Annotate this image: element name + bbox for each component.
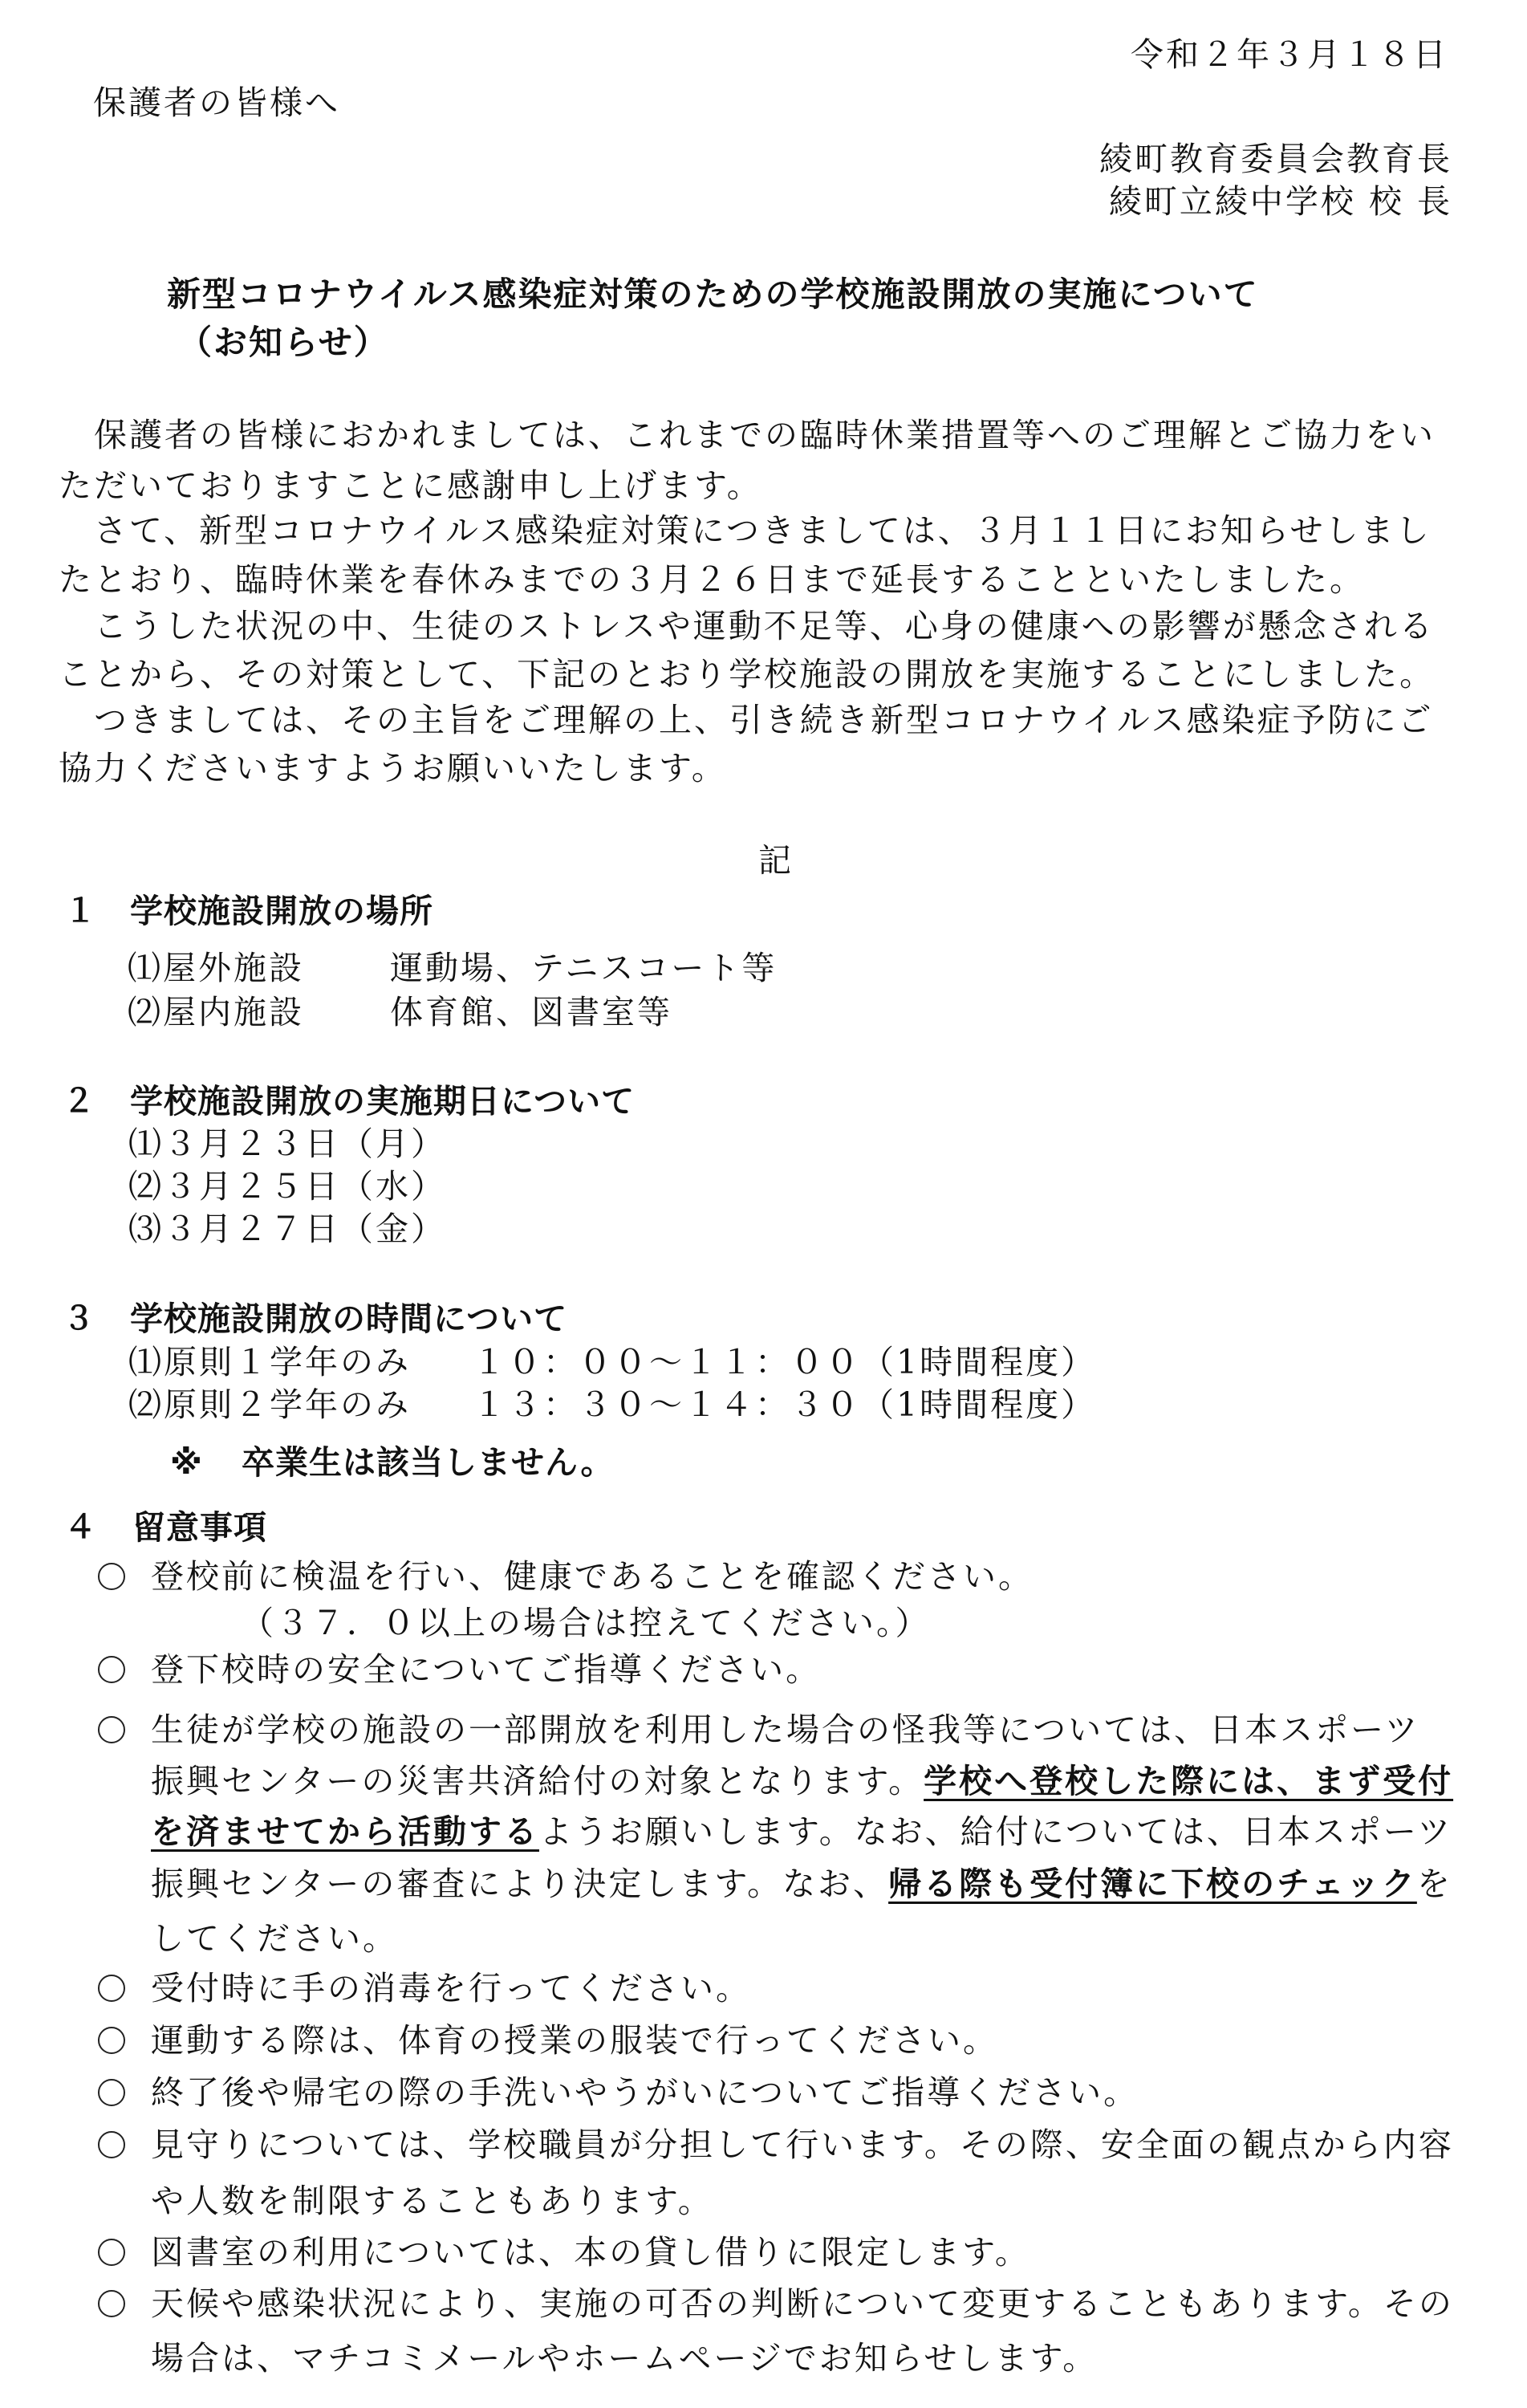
- facility-label: ⑵屋内施設: [128, 996, 304, 1029]
- text-segment: 登下校時の安全についてご指導ください。: [151, 1650, 821, 1689]
- section-heading: 留意事項: [132, 1511, 267, 1544]
- text-segment: や人数を制限することもあります。: [151, 2182, 713, 2220]
- section-number: ４: [64, 1511, 96, 1544]
- notice-document: 令和２年３月１８日 保護者の皆様へ 綾町教育委員会教育長 綾町立綾中学校 校 長…: [0, 0, 1527, 2408]
- text-segment: 生徒が学校の施設の一部開放を利用した場合の怪我等については、日本スポーツ: [151, 1710, 1420, 1749]
- circle-bullet-icon: [98, 2239, 125, 2266]
- body-line: ことから、その対策として、下記のとおり学校施設の開放を実施することにしました。: [59, 658, 1435, 691]
- date-item: ⑶３月２７日（金）: [128, 1213, 446, 1246]
- caution-item-line: 振興センターの審査により決定します。なお、帰る際も受付簿に下校のチェックを: [151, 1868, 1452, 1901]
- caution-item-line: 登下校時の安全についてご指導ください。: [151, 1653, 821, 1686]
- text-segment: 図書室の利用については、本の貸し借りに限定します。: [151, 2233, 1030, 2272]
- sender-principal: 綾町立綾中学校 校 長: [1109, 185, 1452, 218]
- caution-item-line: 場合は、マチコミメールやホームページでお知らせします。: [151, 2342, 1098, 2375]
- circle-bullet-icon: [98, 1656, 125, 1683]
- body-line: こうした状況の中、生徒のストレスや運動不足等、心身の健康への影響が懸念される: [94, 610, 1435, 643]
- section-number: ３: [63, 1303, 95, 1335]
- body-line: 協力くださいますようお願いいたします。: [59, 752, 727, 785]
- section-heading: 学校施設開放の実施期日について: [130, 1085, 635, 1118]
- time-label: ⑵原則２学年のみ: [128, 1389, 411, 1422]
- text-segment: してください。: [151, 1919, 398, 1958]
- facility-label: ⑴屋外施設: [128, 952, 304, 985]
- caution-item-line: 振興センターの災害共済給付の対象となります。学校へ登校した際には、まず受付: [151, 1765, 1453, 1798]
- caution-item-line: や人数を制限することもあります。: [151, 2185, 713, 2218]
- caution-item-line: 登校前に検温を行い、健康であることを確認ください。: [151, 1560, 1034, 1593]
- caution-item-line: を済ませてから活動するようお願いします。なお、給付については、日本スポーツ: [151, 1816, 1452, 1849]
- body-line: 保護者の皆様におかれましては、これまでの臨時休業措置等へのご理解とご協力をい: [94, 419, 1436, 452]
- section-heading: 学校施設開放の場所: [130, 895, 433, 928]
- date: 令和２年３月１８日: [1131, 39, 1448, 71]
- text-segment: 登校前に検温を行い、健康であることを確認ください。: [151, 1557, 1034, 1596]
- time-label: ⑴原則１学年のみ: [128, 1346, 411, 1379]
- circle-bullet-icon: [98, 1716, 125, 1743]
- sender-superintendent: 綾町教育委員会教育長: [1099, 143, 1452, 176]
- text-segment: 運動する際は、体育の授業の服装で行ってください。: [151, 2021, 998, 2060]
- text-segment: 天候や感染状況により、実施の可否の判断について変更することもあります。その: [151, 2284, 1454, 2323]
- time-value: １３：３０～１４：３０（1時間程度）: [473, 1389, 1096, 1422]
- body-line: さて、新型コロナウイルス感染症対策につきましては、３月１１日にお知らせしまし: [94, 515, 1432, 547]
- time-value: １０：００～１１：００（1時間程度）: [473, 1346, 1096, 1379]
- text-segment: 見守りについては、学校職員が分担して行います。その際、安全面の観点から内容: [151, 2125, 1454, 2164]
- emphasized-text: 学校へ登校した際には、まず受付: [924, 1762, 1453, 1800]
- date-item: ⑵３月２５日（水）: [128, 1170, 446, 1203]
- note-mark: ※: [170, 1446, 203, 1479]
- text-segment: を: [1417, 1865, 1452, 1903]
- date-item: ⑴３月２３日（月）: [128, 1128, 446, 1161]
- note-graduates: 卒業生は該当しません。: [242, 1446, 614, 1479]
- body-line: たとおり、臨時休業を春休みまでの３月２６日まで延長することといたしました。: [59, 563, 1365, 596]
- section-number: １: [64, 895, 96, 927]
- body-line: つきましては、その主旨をご理解の上、引き続き新型コロナウイルス感染症予防にご: [94, 704, 1434, 737]
- addressee: 保護者の皆様へ: [93, 87, 340, 120]
- text-segment: 振興センターの災害共済給付の対象となります。: [151, 1762, 924, 1800]
- section-heading: 学校施設開放の時間について: [130, 1303, 567, 1336]
- circle-bullet-icon: [98, 2131, 125, 2158]
- emphasized-text: 帰る際も受付簿に下校のチェック: [888, 1865, 1417, 1903]
- text-segment: 振興センターの審査により決定します。なお、: [151, 1865, 888, 1903]
- circle-bullet-icon: [98, 2027, 125, 2054]
- circle-bullet-icon: [98, 2079, 125, 2106]
- page-subtitle: （お知らせ）: [178, 326, 389, 360]
- caution-item-line: 見守りについては、学校職員が分担して行います。その際、安全面の観点から内容: [151, 2129, 1454, 2162]
- section-number: ２: [63, 1085, 95, 1117]
- caution-item-line: 天候や感染状況により、実施の可否の判断について変更することもあります。その: [151, 2288, 1454, 2321]
- text-segment: 場合は、マチコミメールやホームページでお知らせします。: [151, 2339, 1098, 2377]
- page-title: 新型コロナウイルス感染症対策のための学校施設開放の実施について: [167, 278, 1259, 311]
- caution-item-line: 図書室の利用については、本の貸し借りに限定します。: [151, 2236, 1030, 2269]
- emphasized-text: を済ませてから活動する: [151, 1812, 539, 1851]
- caution-item-line: 受付時に手の消毒を行ってください。: [151, 1972, 751, 2005]
- circle-bullet-icon: [98, 2290, 125, 2317]
- ki-marker: 記: [758, 844, 794, 877]
- caution-item-line: 終了後や帰宅の際の手洗いやうがいについてご指導ください。: [151, 2076, 1139, 2109]
- facility-value: 運動場、テニスコート等: [390, 952, 777, 985]
- circle-bullet-icon: [98, 1563, 125, 1590]
- text-segment: 終了後や帰宅の際の手洗いやうがいについてご指導ください。: [151, 2073, 1139, 2112]
- caution-item-line: 生徒が学校の施設の一部開放を利用した場合の怪我等については、日本スポーツ: [151, 1714, 1420, 1747]
- temperature-note: （３７．０以上の場合は控えてください。）: [241, 1607, 931, 1640]
- circle-bullet-icon: [98, 1975, 125, 2002]
- caution-item-line: 運動する際は、体育の授業の服装で行ってください。: [151, 2024, 998, 2057]
- text-segment: ようお願いします。なお、給付については、日本スポーツ: [539, 1812, 1452, 1851]
- caution-item-line: してください。: [151, 1922, 398, 1955]
- text-segment: 受付時に手の消毒を行ってください。: [151, 1969, 751, 2007]
- facility-value: 体育館、図書室等: [390, 996, 672, 1029]
- body-line: ただいておりますことに感謝申し上げます。: [59, 470, 762, 502]
